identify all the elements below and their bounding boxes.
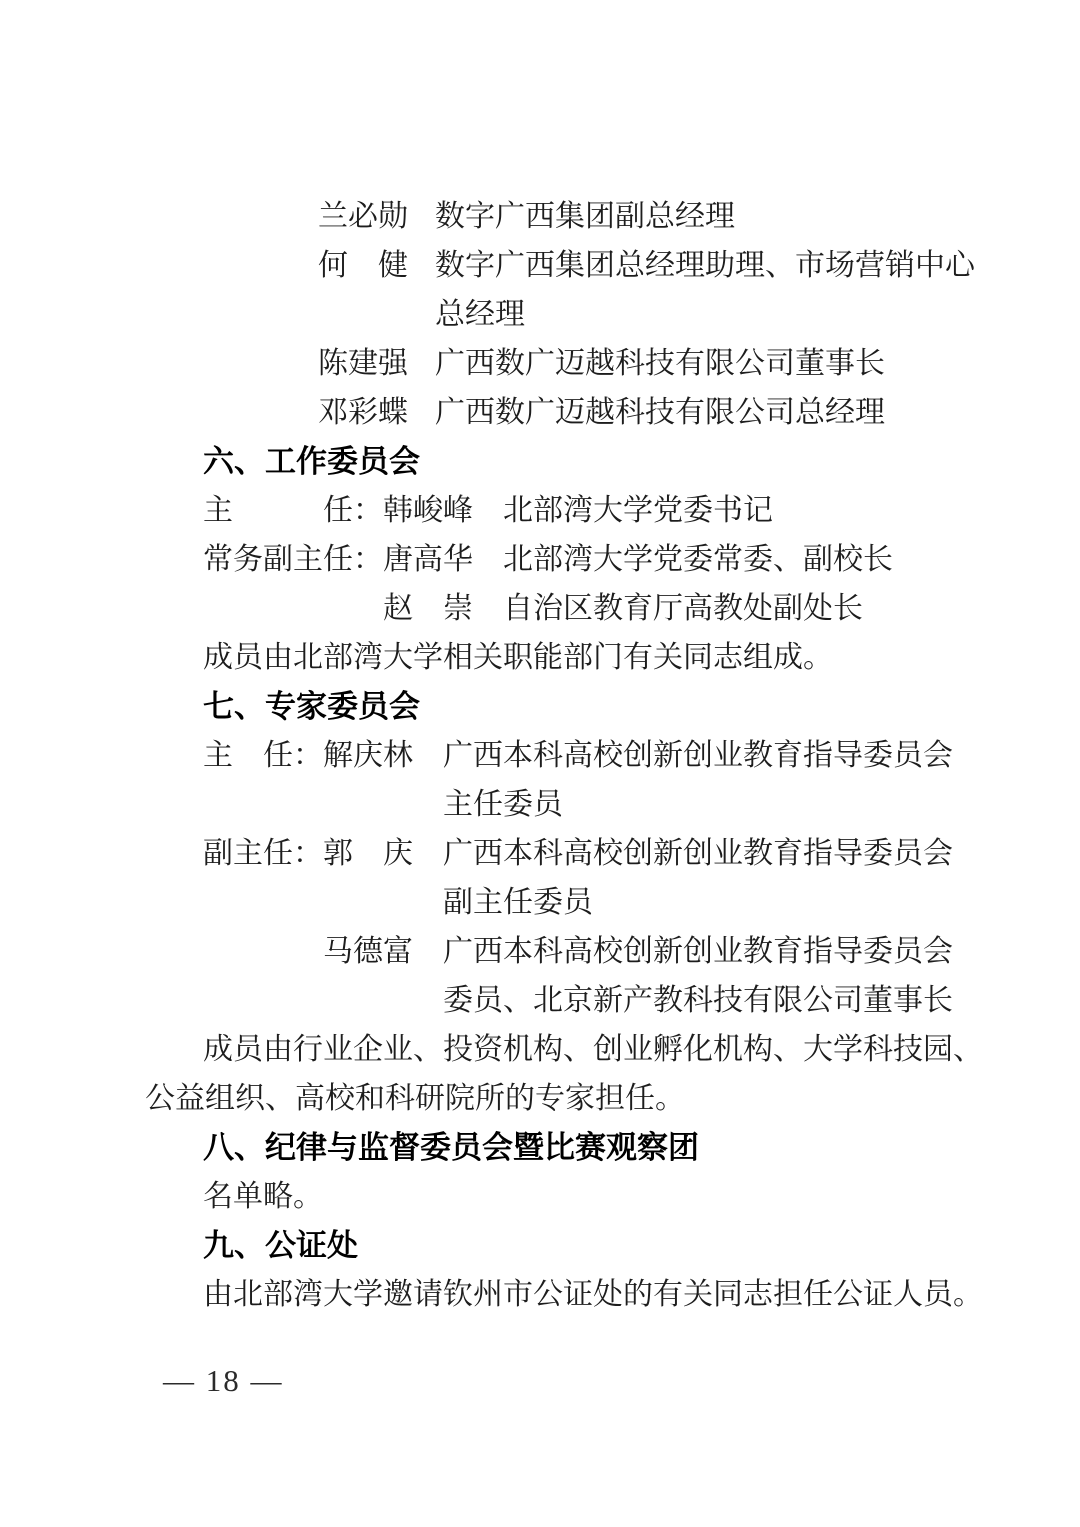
person-name: 陈建强 [318, 339, 435, 388]
text-line: 成员由行业企业、投资机构、创业孵化机构、大学科技园、 [0, 1025, 1080, 1074]
roster-entry: 兰必勋数字广西集团副总经理 [0, 192, 1080, 241]
text-line: 副主任：郭 庆 广西本科高校创新创业教育指导委员会 [0, 829, 1080, 878]
text-line: 成员由北部湾大学相关职能部门有关同志组成。 [0, 633, 1080, 682]
text-line: 赵 崇 自治区教育厅高教处副处长 [0, 584, 1080, 633]
person-title: 数字广西集团总经理助理、市场营销中心 [435, 249, 975, 282]
section-heading: 八、纪律与监督委员会暨比赛观察团 [0, 1123, 1080, 1172]
person-title: 广西数广迈越科技有限公司董事长 [435, 347, 885, 380]
text-line: 由北部湾大学邀请钦州市公证处的有关同志担任公证人员。 [0, 1270, 1080, 1319]
person-title: 数字广西集团副总经理 [435, 200, 735, 233]
text-line: 主任委员 [0, 780, 1080, 829]
page-number-footer: — 18 — [0, 1356, 1080, 1405]
roster-entry: 邓彩蝶广西数广迈越科技有限公司总经理 [0, 388, 1080, 437]
text-line: 主 任：韩峻峰 北部湾大学党委书记 [0, 486, 1080, 535]
person-name: 邓彩蝶 [318, 388, 435, 437]
person-name: 兰必勋 [318, 192, 435, 241]
text-line: 主 任：解庆林 广西本科高校创新创业教育指导委员会 [0, 731, 1080, 780]
person-name: 何 健 [318, 241, 435, 290]
document-content: 兰必勋数字广西集团副总经理何 健数字广西集团总经理助理、市场营销中心总经理陈建强… [0, 0, 1080, 1319]
person-title: 广西本科高校创新创业教育指导委员会 [443, 935, 953, 968]
text-line: 副主任委员 [0, 878, 1080, 927]
section-heading: 六、工作委员会 [0, 437, 1080, 486]
text-line: 总经理 [0, 290, 1080, 339]
text-line: 常务副主任：唐高华 北部湾大学党委常委、副校长 [0, 535, 1080, 584]
document-page: 兰必勋数字广西集团副总经理何 健数字广西集团总经理助理、市场营销中心总经理陈建强… [0, 0, 1080, 1527]
section-heading: 七、专家委员会 [0, 682, 1080, 731]
person-title: 广西数广迈越科技有限公司总经理 [435, 396, 885, 429]
roster-entry: 何 健数字广西集团总经理助理、市场营销中心 [0, 241, 1080, 290]
text-line: 公益组织、高校和科研院所的专家担任。 [0, 1074, 1080, 1123]
roster-entry: 马德富广西本科高校创新创业教育指导委员会 [0, 927, 1080, 976]
section-heading: 九、公证处 [0, 1221, 1080, 1270]
text-line: 委员、北京新产教科技有限公司董事长 [0, 976, 1080, 1025]
roster-entry: 陈建强广西数广迈越科技有限公司董事长 [0, 339, 1080, 388]
person-name: 马德富 [323, 927, 443, 976]
text-line: 名单略。 [0, 1172, 1080, 1221]
